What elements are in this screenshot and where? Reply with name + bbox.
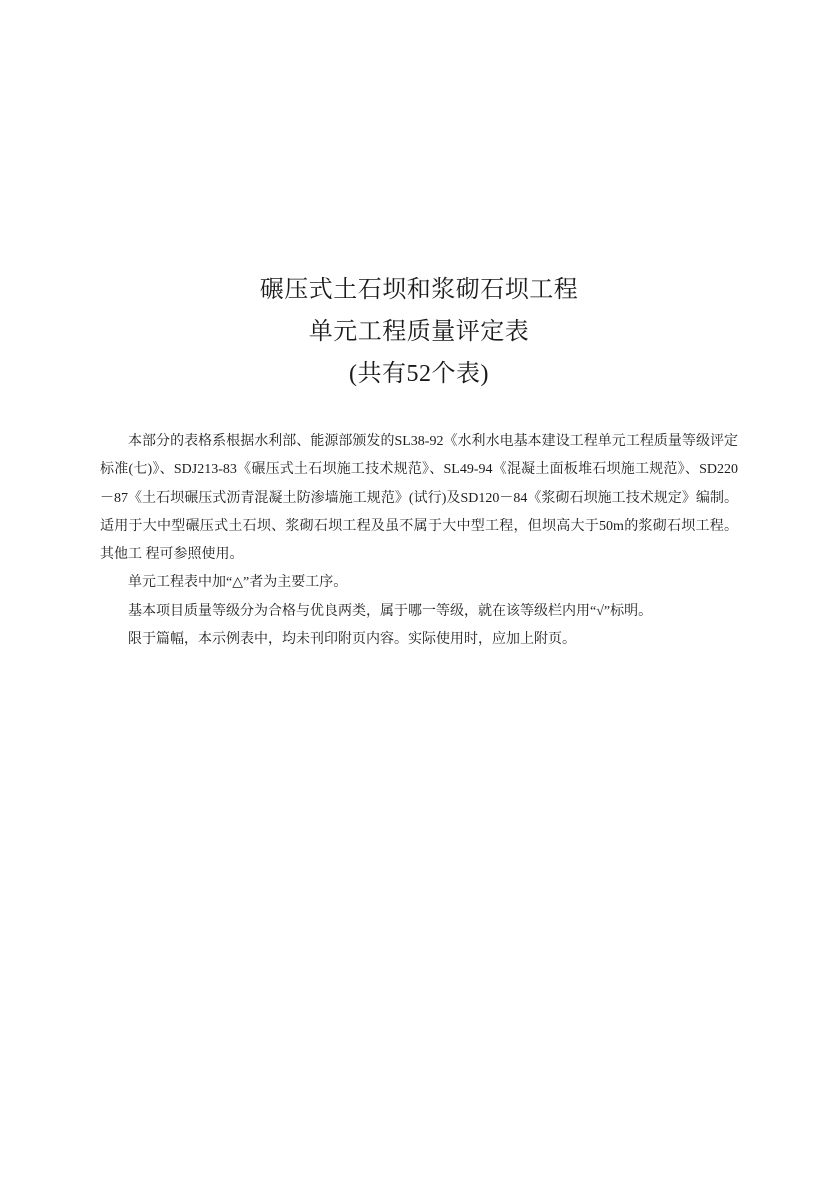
document-page: 碾压式土石坝和浆砌石坝工程 单元工程质量评定表 (共有52个表) 本部分的表格系… xyxy=(0,0,838,1186)
document-title: 碾压式土石坝和浆砌石坝工程 单元工程质量评定表 (共有52个表) xyxy=(0,269,838,395)
title-line-project: 碾压式土石坝和浆砌石坝工程 xyxy=(0,269,838,311)
document-body: 本部分的表格系根据水利部、能源部颁发的SL38-92《水利水电基本建设工程单元工… xyxy=(100,428,738,654)
paragraph-appendix-note: 限于篇幅，本示例表中，均未刊印附页内容。实际使用时，应加上附页。 xyxy=(100,626,738,654)
paragraph-quality-grade-note: 基本项目质量等级分为合格与优良两类，属于哪一等级，就在该等级栏内用“√”标明。 xyxy=(100,598,738,626)
title-line-table-count: (共有52个表) xyxy=(0,353,838,395)
paragraph-main-process-marker-note: 单元工程表中加“△”者为主要工序。 xyxy=(100,569,738,597)
paragraph-compilation-basis: 本部分的表格系根据水利部、能源部颁发的SL38-92《水利水电基本建设工程单元工… xyxy=(100,428,738,569)
title-line-subtitle: 单元工程质量评定表 xyxy=(0,311,838,353)
